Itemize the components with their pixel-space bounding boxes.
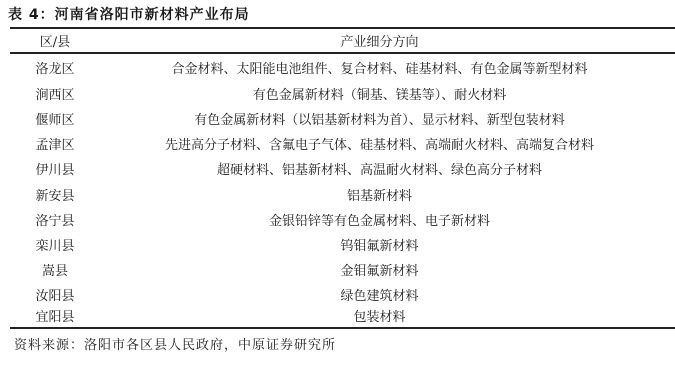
header-direction: 产业细分方向 <box>92 31 675 50</box>
direction-cell: 金银铅锌等有色金属材料、电子新材料 <box>92 210 675 229</box>
table-row: 洛龙区 合金材料、太阳能电池组件、复合材料、硅基材料、有色金属等新型材料 <box>10 54 675 80</box>
source-note: 资料来源：洛阳市各区县人民政府，中原证券研究所 <box>14 334 336 353</box>
region-cell: 孟津区 <box>10 134 92 153</box>
region-cell: 汝阳县 <box>10 285 92 304</box>
table-row: 孟津区 先进高分子材料、含氟电子气体、硅基材料、高端耐火材料、高端复合材料 <box>10 130 675 156</box>
direction-cell: 超硬材料、铝基新材料、高温耐火材料、绿色高分子材料 <box>92 159 675 178</box>
region-cell: 伊川县 <box>10 159 92 178</box>
direction-cell: 先进高分子材料、含氟电子气体、硅基材料、高端耐火材料、高端复合材料 <box>92 134 675 153</box>
direction-cell: 绿色建筑材料 <box>92 285 675 304</box>
region-cell: 嵩县 <box>10 260 92 279</box>
table-header: 区/县 产业细分方向 <box>10 28 675 52</box>
direction-cell: 钨钼氟新材料 <box>92 235 675 254</box>
direction-cell: 有色金属新材料（铜基、镁基等）、耐火材料 <box>92 84 675 103</box>
region-cell: 栾川县 <box>10 235 92 254</box>
bottom-rule <box>10 327 675 329</box>
table-row: 洛宁县 金银铅锌等有色金属材料、电子新材料 <box>10 206 675 232</box>
direction-cell: 包装材料 <box>92 306 675 325</box>
table-row: 涧西区 有色金属新材料（铜基、镁基等）、耐火材料 <box>10 80 675 106</box>
direction-cell: 有色金属新材料（以铝基新材料为首）、显示材料、新型包装材料 <box>92 109 675 128</box>
table-row: 宜阳县 包装材料 <box>10 302 675 328</box>
direction-cell: 铝基新材料 <box>92 185 675 204</box>
region-cell: 偃师区 <box>10 109 92 128</box>
region-cell: 洛龙区 <box>10 58 92 77</box>
direction-cell: 金钼氟新材料 <box>92 260 675 279</box>
table-row: 新安县 铝基新材料 <box>10 181 675 207</box>
table-row: 偃师区 有色金属新材料（以铝基新材料为首）、显示材料、新型包装材料 <box>10 105 675 131</box>
region-cell: 宜阳县 <box>10 306 92 325</box>
header-region: 区/县 <box>10 31 92 50</box>
table-title: 表 4：河南省洛阳市新材料产业布局 <box>8 4 250 24</box>
region-cell: 洛宁县 <box>10 210 92 229</box>
table-row: 伊川县 超硬材料、铝基新材料、高温耐火材料、绿色高分子材料 <box>10 155 675 181</box>
region-cell: 涧西区 <box>10 84 92 103</box>
region-cell: 新安县 <box>10 185 92 204</box>
table-row: 栾川县 钨钼氟新材料 <box>10 231 675 257</box>
table-row: 嵩县 金钼氟新材料 <box>10 256 675 282</box>
direction-cell: 合金材料、太阳能电池组件、复合材料、硅基材料、有色金属等新型材料 <box>92 58 675 77</box>
